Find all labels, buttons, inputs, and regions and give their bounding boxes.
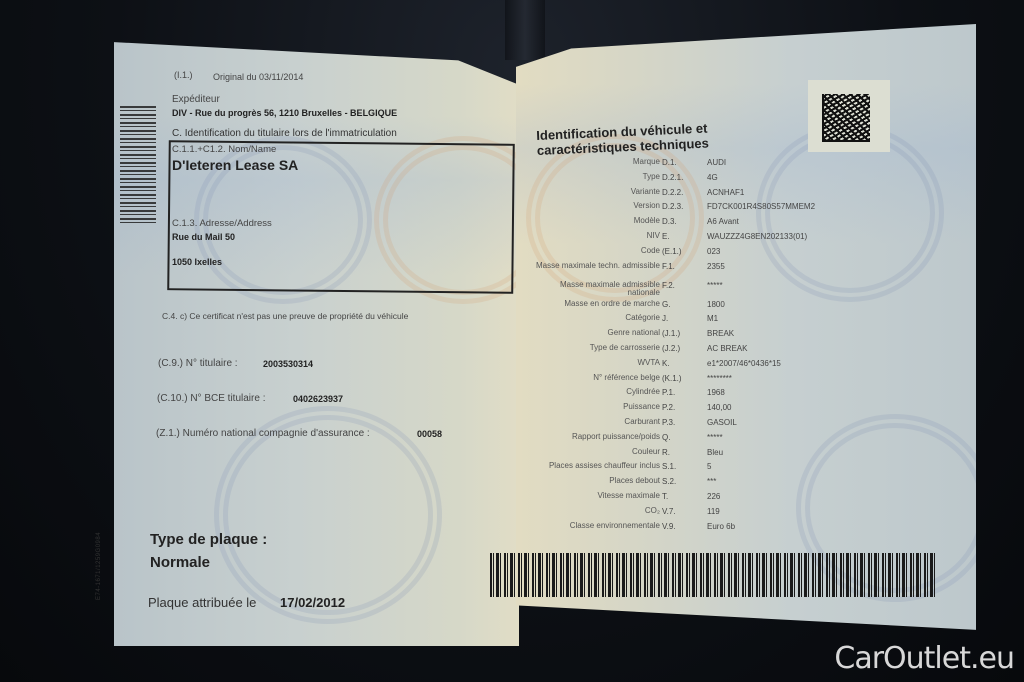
- spec-value: FD7CK001R4S80S57MMEM2: [707, 202, 815, 211]
- insurance-value: 00058: [417, 429, 442, 439]
- spec-value: 2355: [707, 262, 725, 271]
- spec-label: Catégorie: [625, 314, 660, 322]
- spec-code: (J.2.): [662, 344, 680, 353]
- spec-value: WAUZZZ4G8EN202133(01): [707, 232, 807, 241]
- spec-value: 1968: [707, 388, 725, 397]
- vertical-barcode: [120, 106, 156, 226]
- spec-row: PuissanceP.2.140,00: [535, 403, 835, 418]
- spec-code: E.: [662, 232, 670, 241]
- holder-number-label: (C.9.) N° titulaire :: [158, 358, 238, 369]
- spec-row: WVTAK.e1*2007/46*0436*15: [535, 359, 835, 374]
- spec-label: Places debout: [609, 477, 660, 485]
- spec-value: *****: [707, 433, 723, 442]
- spec-row: CO₂V.7.119: [535, 507, 835, 522]
- plate-type-label: Type de plaque :: [150, 531, 267, 548]
- spec-row: Masse en ordre de marcheG.1800: [535, 300, 835, 315]
- spec-value: 226: [707, 492, 720, 501]
- ownership-disclaimer: C.4. c) Ce certificat n'est pas une preu…: [162, 311, 408, 321]
- spec-row: CarburantP.3.GASOIL: [535, 418, 835, 433]
- spec-row: Masse maximale admissible nationaleF.2.*…: [535, 281, 835, 300]
- spec-value: GASOIL: [707, 418, 737, 427]
- spec-code: D.2.2.: [662, 188, 683, 197]
- spec-label: Places assises chauffeur inclus: [549, 462, 660, 470]
- spec-code: D.1.: [662, 158, 677, 167]
- spec-value: AC BREAK: [707, 344, 747, 353]
- spec-code: F.2.: [662, 281, 675, 290]
- spec-code: Q.: [662, 433, 670, 442]
- spec-label: Modèle: [634, 217, 660, 225]
- spec-value: *****: [707, 281, 723, 290]
- spec-code: V.7.: [662, 507, 676, 516]
- spec-code: D.3.: [662, 217, 677, 226]
- spec-label: Classe environnementale: [570, 522, 660, 530]
- insurance-label: (Z.1.) Numéro national compagnie d'assur…: [156, 428, 370, 439]
- spec-label: Version: [633, 202, 660, 210]
- spec-row: CylindréeP.1.1968: [535, 388, 835, 403]
- spec-code: P.1.: [662, 388, 675, 397]
- spec-value: 023: [707, 247, 720, 256]
- spec-code: J.: [662, 314, 668, 323]
- sender-label: Expéditeur: [172, 94, 220, 105]
- spec-label: Masse en ordre de marche: [564, 300, 660, 308]
- spec-label: Vitesse maximale: [597, 492, 660, 500]
- spec-row: MarqueD.1.AUDI: [535, 158, 835, 173]
- spec-row: NIVE.WAUZZZ4G8EN202133(01): [535, 232, 835, 247]
- address-line2: 1050 Ixelles: [172, 257, 222, 267]
- spec-value: Euro 6b: [707, 522, 735, 531]
- spec-code: F.1.: [662, 262, 675, 271]
- seat-background: [505, 0, 545, 60]
- spec-label: Variante: [631, 188, 660, 196]
- spec-label: Masse maximale techn. admissible: [536, 262, 660, 270]
- spec-code: D.2.3.: [662, 202, 683, 211]
- spec-label: Genre national: [608, 329, 660, 337]
- spec-row: VersionD.2.3.FD7CK001R4S80S57MMEM2: [535, 202, 835, 217]
- spec-code: R.: [662, 448, 670, 457]
- spec-value: ********: [707, 374, 732, 383]
- spec-value: BREAK: [707, 329, 734, 338]
- spec-row: Type de carrosserie(J.2.)AC BREAK: [535, 344, 835, 359]
- spec-label: Cylindrée: [626, 388, 660, 396]
- spec-row: Code(E.1.)023: [535, 247, 835, 262]
- vehicle-specs-table: MarqueD.1.AUDITypeD.2.1.4GVarianteD.2.2.…: [535, 158, 835, 536]
- spec-row: TypeD.2.1.4G: [535, 173, 835, 188]
- spec-value: e1*2007/46*0436*15: [707, 359, 781, 368]
- spec-code: D.2.1.: [662, 173, 683, 182]
- original-date: Original du 03/11/2014: [213, 72, 303, 82]
- spec-value: AUDI: [707, 158, 726, 167]
- horizontal-barcode: [490, 553, 935, 597]
- spec-value: ***: [707, 477, 716, 486]
- spec-label: Rapport puissance/poids: [572, 433, 660, 441]
- spec-row: Genre national(J.1.)BREAK: [535, 329, 835, 344]
- spec-label: Code: [641, 247, 660, 255]
- address-line1: Rue du Mail 50: [172, 232, 235, 242]
- holder-number-value: 2003530314: [263, 359, 313, 369]
- spec-value: ACNHAF1: [707, 188, 744, 197]
- spec-label: Masse maximale admissible nationale: [535, 281, 660, 297]
- spec-row: Vitesse maximaleT.226: [535, 492, 835, 507]
- plate-assigned-date: 17/02/2012: [280, 595, 345, 610]
- address-label: C.1.3. Adresse/Address: [172, 218, 272, 229]
- watermark-logo: CarOutlet.eu: [834, 641, 1014, 676]
- spec-code: (K.1.): [662, 374, 682, 383]
- sender-value: DIV - Rue du progrès 56, 1210 Bruxelles …: [172, 108, 397, 118]
- spec-value: 140,00: [707, 403, 731, 412]
- spec-row: Masse maximale techn. admissibleF.1.2355: [535, 262, 835, 281]
- spec-row: CouleurR.Bleu: [535, 448, 835, 463]
- spec-code: P.3.: [662, 418, 675, 427]
- spec-code: V.9.: [662, 522, 676, 531]
- spec-row: CatégorieJ.M1: [535, 314, 835, 329]
- spec-value: M1: [707, 314, 718, 323]
- bce-label: (C.10.) N° BCE titulaire :: [157, 393, 265, 404]
- spec-label: Carburant: [624, 418, 660, 426]
- spec-code: T.: [662, 492, 668, 501]
- spec-value: A6 Avant: [707, 217, 739, 226]
- spec-row: Places assises chauffeur inclusS.1.5: [535, 462, 835, 477]
- spec-value: 119: [707, 507, 720, 516]
- spec-code: K.: [662, 359, 670, 368]
- spec-code: P.2.: [662, 403, 675, 412]
- spec-code: S.1.: [662, 462, 676, 471]
- spec-label: Type: [643, 173, 660, 181]
- spec-row: Classe environnementaleV.9.Euro 6b: [535, 522, 835, 537]
- ref-code: (I.1.): [174, 70, 193, 80]
- spec-row: ModèleD.3.A6 Avant: [535, 217, 835, 232]
- spec-row: VarianteD.2.2.ACNHAF1: [535, 188, 835, 203]
- spec-code: G.: [662, 300, 670, 309]
- spec-label: N° référence belge: [593, 374, 660, 382]
- spec-row: N° référence belge(K.1.)********: [535, 374, 835, 389]
- spec-label: CO₂: [645, 507, 660, 515]
- spec-row: Rapport puissance/poidsQ.*****: [535, 433, 835, 448]
- plate-type-value: Normale: [150, 554, 210, 571]
- spec-label: Type de carrosserie: [590, 344, 660, 352]
- spec-code: (E.1.): [662, 247, 682, 256]
- name-label: C.1.1.+C1.2. Nom/Name: [172, 144, 276, 155]
- spec-label: WVTA: [637, 359, 660, 367]
- section-c-title: C. Identification du titulaire lors de l…: [172, 128, 397, 139]
- spec-value: 4G: [707, 173, 718, 182]
- spec-label: NIV: [647, 232, 660, 240]
- bce-value: 0402623937: [293, 394, 343, 404]
- plate-assigned-label: Plaque attribuée le: [148, 595, 256, 610]
- holder-name: D'Ieteren Lease SA: [172, 157, 298, 173]
- spec-label: Marque: [633, 158, 660, 166]
- spec-code: S.2.: [662, 477, 676, 486]
- spec-row: Places deboutS.2.***: [535, 477, 835, 492]
- side-serial-number: E74-1671/1259G0984: [96, 532, 102, 600]
- spec-code: (J.1.): [662, 329, 680, 338]
- spec-label: Couleur: [632, 448, 660, 456]
- datamatrix-code: [808, 80, 890, 152]
- spec-value: 5: [707, 462, 711, 471]
- spec-label: Puissance: [623, 403, 660, 411]
- datamatrix-pattern: [822, 94, 870, 142]
- spec-value: 1800: [707, 300, 725, 309]
- spec-value: Bleu: [707, 448, 723, 457]
